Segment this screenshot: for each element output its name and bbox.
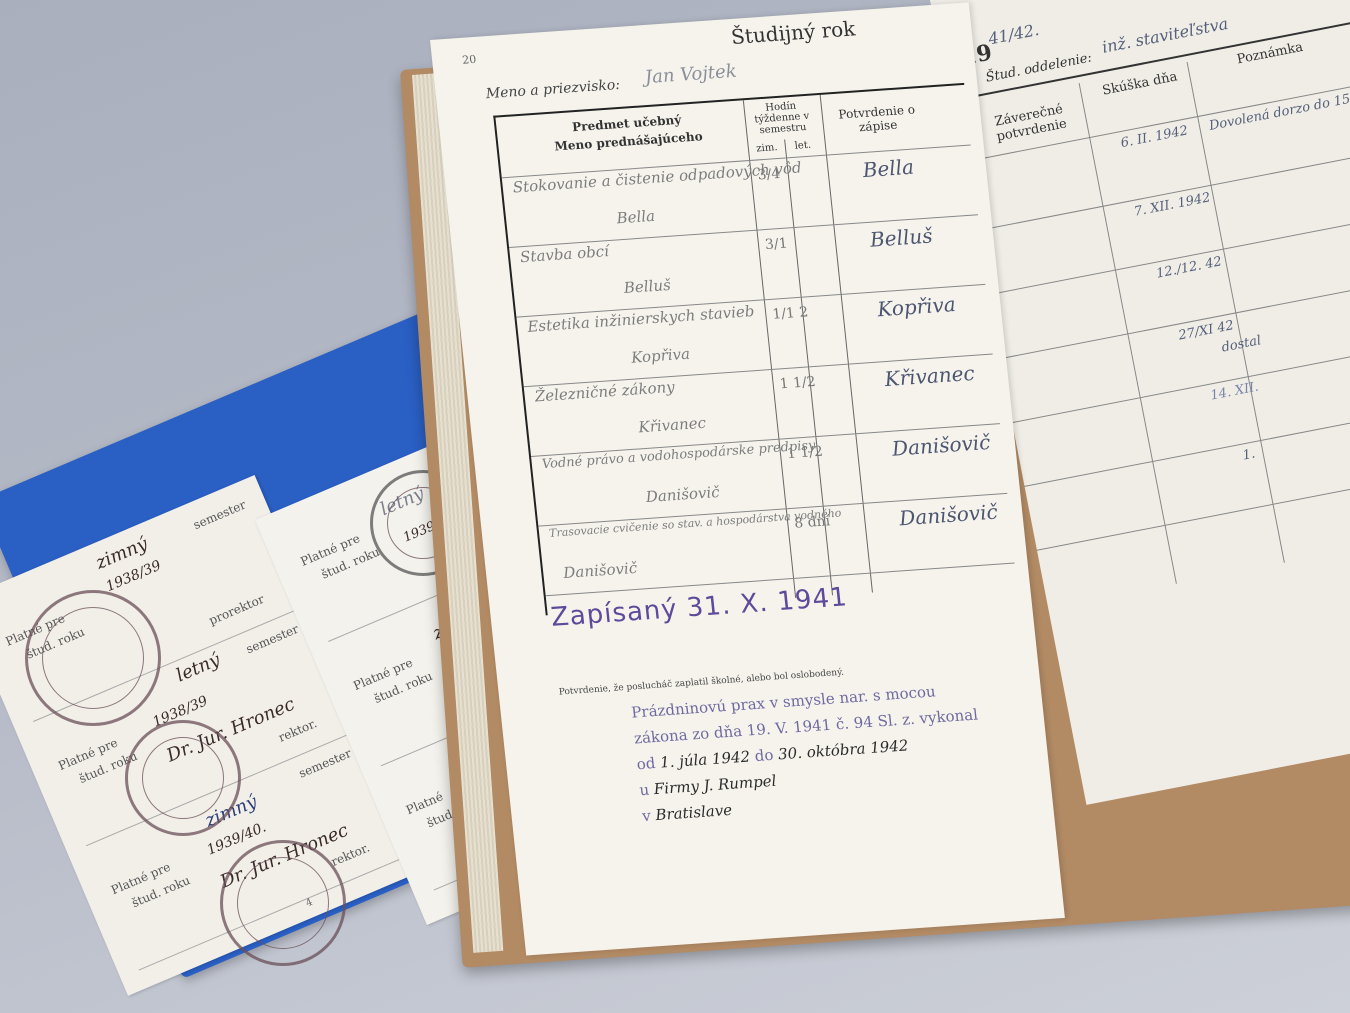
u-label: u <box>639 781 651 800</box>
rectorate-stamp-bratislava <box>220 840 346 966</box>
year-value: 41/42. <box>987 20 1041 48</box>
hours-cell: 3/1 <box>764 236 788 253</box>
signature-cell: Křivanec <box>883 361 975 391</box>
signature-cell: Danišovič <box>891 430 992 461</box>
hours-cell: 1/1 2 <box>772 304 809 322</box>
hours-cell: 8 dní <box>794 513 831 531</box>
course-table: Predmet učebný Meno prednášajúceho Hodín… <box>493 83 1016 615</box>
exam-date: 12./12. 42 <box>1155 254 1223 281</box>
role-label: rektor. <box>276 716 319 745</box>
exam-date: 7. XII. 1942 <box>1133 190 1212 219</box>
semester-label: semester <box>191 498 248 533</box>
study-year-title: Študijný rok <box>730 16 856 49</box>
page-number: 20 <box>462 53 477 67</box>
lecturer-cell: Belluš <box>623 276 672 297</box>
note-value: dostal <box>1220 333 1262 355</box>
hours-cell: 1 1/2 <box>779 374 816 392</box>
signature-cell: Kopřiva <box>876 292 957 321</box>
stud-roku-label: štud <box>425 807 455 830</box>
od-label: od <box>636 754 656 773</box>
student-name: Jan Vojtek <box>644 61 738 88</box>
holiday-practice-stamp: Prázdninovú prax v smysle nar. s mocou z… <box>630 676 987 829</box>
lecturer-cell: Kopřiva <box>630 345 691 367</box>
large-booklet-left-page: 20 Študijný rok Meno a priezvisko: Jan V… <box>430 2 1065 955</box>
subject-cell: Stavba obcí <box>519 242 610 266</box>
exam-date: 1. <box>1241 446 1256 463</box>
department-label: Štud. oddelenie: <box>985 50 1094 85</box>
v-label: v <box>641 807 651 826</box>
do-value: 30. októbra 1942 <box>777 736 909 763</box>
signature-cell: Belluš <box>869 223 934 251</box>
name-label: Meno a priezvisko: <box>485 77 621 102</box>
hours-cell: 3/4 <box>757 166 781 183</box>
final-confirmation-header: Záverečné potvrdenie <box>983 100 1077 147</box>
exam-date-header: Skúška dňa <box>1099 69 1180 99</box>
role-label: prorektor <box>207 592 266 628</box>
signature-cell: Danišovič <box>898 500 999 531</box>
lecturer-cell: Danišovič <box>645 483 721 506</box>
od-value: 1. júla 1942 <box>659 747 751 771</box>
hours-cell: 1 1/2 <box>786 444 823 462</box>
do-label: do <box>754 746 774 765</box>
lecturer-cell: Křivanec <box>638 414 707 437</box>
signature-cell: Bella <box>861 155 915 182</box>
rectorate-stamp-kosice <box>25 590 161 726</box>
lecturer-cell: Bella <box>616 207 656 228</box>
u-value: Firmy J. Rumpel <box>653 772 777 798</box>
rectorate-stamp-kosice-small <box>125 720 241 836</box>
v-value: Bratislave <box>654 801 732 824</box>
exam-date: 6. II. 1942 <box>1119 123 1189 151</box>
lecturer-cell: Danišovič <box>562 559 638 582</box>
